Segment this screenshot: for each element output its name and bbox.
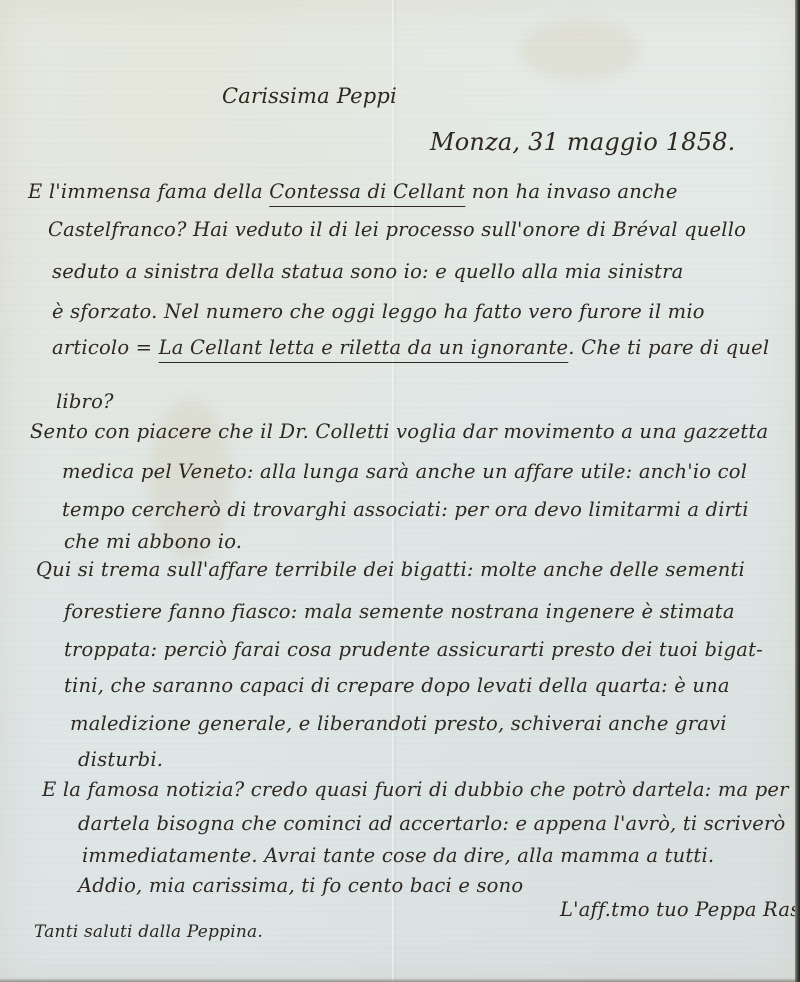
letter-line: che mi abbono io. [64,532,242,552]
letter-line: dartela bisogna che cominci ad accertarl… [78,814,785,834]
salutation: Carissima Peppi [222,86,397,107]
paper-stain [520,20,640,80]
line-text: E l'immensa fama della [28,180,269,203]
letter-line: è sforzato. Nel numero che oggi leggo ha… [52,302,705,322]
letter-line: Addio, mia carissima, ti fo cento baci e… [78,876,523,896]
place-date: Monza, 31 maggio 1858. [430,130,736,154]
letter-line: E l'immensa fama della Contessa di Cella… [28,182,678,202]
underlined-text: Contessa di Cellant [269,180,465,203]
letter-line: disturbi. [78,750,163,770]
letter-line: tempo cercherò di trovarghi associati: p… [62,500,749,520]
letter-line: forestiere fanno fiasco: mala semente no… [64,602,735,622]
letter-line: Castelfranco? Hai veduto il di lei proce… [48,220,746,240]
letter-line: troppata: perciò farai cosa prudente ass… [64,640,763,660]
letter-line: libro? [56,392,114,412]
closing-signature: L'aff.tmo tuo Peppa Raspadi [560,900,800,920]
letter-line: maledizione generale, e liberandoti pres… [70,714,727,734]
letter-line: Sento con piacere che il Dr. Colletti vo… [30,422,768,442]
line-text: . Che ti pare di quel [568,336,769,359]
letter-line: tini, che saranno capaci di crepare dopo… [64,676,730,696]
paper-edge-shadow [0,978,800,982]
letter-line: seduto a sinistra della statua sono io: … [52,262,683,282]
letter-line: articolo = La Cellant letta e riletta da… [52,338,769,358]
postscript: Tanti saluti dalla Peppina. [34,924,263,941]
letter-paper: Carissima Peppi Monza, 31 maggio 1858. E… [0,0,795,982]
underlined-text: La Cellant letta e riletta da un ignoran… [159,336,569,359]
letter-line: E la famosa notizia? credo quasi fuori d… [42,780,789,800]
paper-edge-shadow [795,0,800,982]
letter-line: Qui si trema sull'affare terribile dei b… [36,560,745,580]
letter-line: medica pel Veneto: alla lunga sarà anche… [62,462,747,482]
letter-line: immediatamente. Avrai tante cose da dire… [82,846,714,866]
line-text: articolo = [52,336,159,359]
line-text: non ha invaso anche [465,180,677,203]
